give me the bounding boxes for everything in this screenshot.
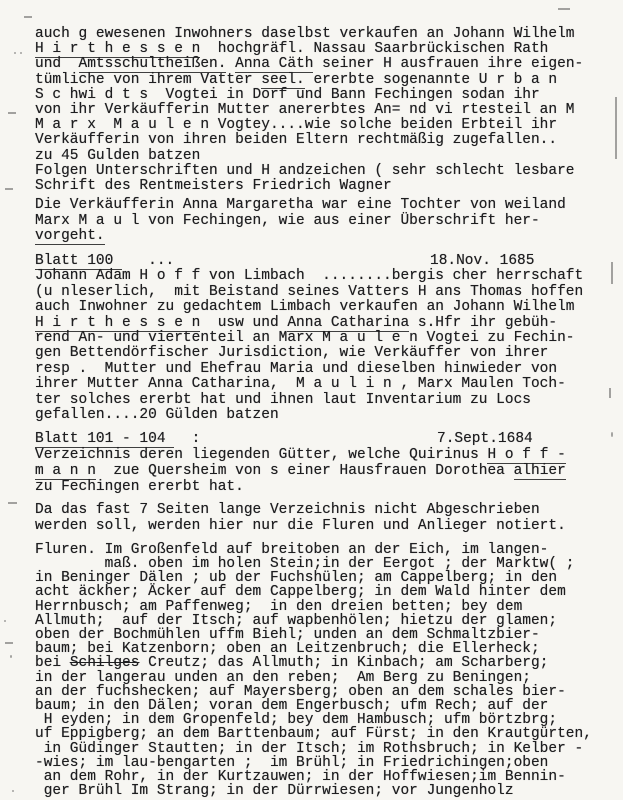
text-segment [226, 56, 235, 72]
text-segment: Da das fast 7 Seiten lange Verzeichnis n… [35, 502, 540, 518]
text-line: zu Fechingen ererbt hat. [35, 480, 623, 496]
text-line: bei Schilges Creutz; das Allmuth; in Kin… [35, 656, 623, 670]
text-segment: von ihr Verkäufferin Mutter anererbtes A… [35, 102, 575, 118]
text-segment: zu 45 Gulden batzen [35, 148, 200, 164]
scan-artifact [615, 97, 617, 159]
scan-artifact [10, 655, 12, 658]
text-segment: werden soll, werden hier nur die Fluren … [35, 518, 566, 534]
text-segment: ihrer Mutter Anna Catharina, M a u l i n… [35, 376, 566, 392]
scan-artifact [24, 16, 32, 18]
text-segment: auch g ewesenen Inwohners daselbst verka… [35, 26, 575, 42]
text-segment: seiner H ausfrauen ihre eigen- [313, 56, 583, 72]
underlined-text: alhier [514, 463, 566, 480]
text-line: ter solches ererbt hat und ihnen laut In… [35, 393, 623, 408]
text-line: Folgen Unterschriften und H andzeichen (… [35, 164, 623, 179]
text-line: werden soll, werden hier nur die Fluren … [35, 519, 623, 535]
text-segment: ger Brühl Im Strang; in der Dürrwiesen; … [35, 783, 514, 799]
paragraph-fluren-list: Fluren. Im Großenfeld auf breitoben an d… [35, 543, 623, 799]
text-segment: ... [122, 253, 174, 269]
text-segment: usw und [200, 315, 287, 331]
underlined-text: H o f f - [487, 447, 565, 464]
scan-artifact [611, 262, 613, 284]
text-line: Die Verkäufferin Anna Margaretha war ein… [35, 198, 623, 214]
text-line: von ihr Verkäufferin Mutter anererbtes A… [35, 103, 623, 118]
text-line: und Amtsschultheißen. Anna Cäth seiner H… [35, 57, 623, 72]
text-segment: Schrift des Rentmeisters Friedrich Wagne… [35, 178, 392, 194]
scan-artifact [20, 52, 22, 54]
scan-artifact [609, 388, 611, 398]
text-segment: Johann Adam H o f f von Limbach ........… [35, 268, 583, 284]
paragraph-sale-hirthessen: auch g ewesenen Inwohners daselbst verka… [35, 27, 623, 194]
text-line: resp . Mutter und Ehefrau Maria und dies… [35, 362, 623, 377]
text-line: in Güdinger Stautten; in der Itsch; im R… [35, 742, 623, 756]
text-line: S c hwi d t s Vogtei in Dorf und Bann Fe… [35, 88, 623, 103]
text-segment: M a r x M a u l e n Vogtey....wie solche… [35, 117, 557, 133]
text-line: Da das fast 7 Seiten lange Verzeichnis n… [35, 503, 623, 519]
text-segment: s.Hfr ihr gebüh- [409, 315, 557, 331]
text-segment: tümliche von ihrem Vatter [35, 72, 261, 88]
text-line: Fluren. Im Großenfeld auf breitoben an d… [35, 543, 623, 557]
text-line: Verkäufferin von ihren beiden Eltern rec… [35, 133, 623, 148]
scan-artifact [558, 8, 570, 10]
text-segment: Verzeichnis deren liegenden Gütter, welc… [35, 447, 487, 463]
text-line: Johann Adam H o f f von Limbach ........… [35, 269, 623, 284]
text-line: uf Eppigberg; an dem Barttenbaum; auf Fü… [35, 727, 623, 741]
entry-date: 7.Sept.1684 [437, 432, 533, 448]
text-segment: Folgen Unterschriften und H andzeichen (… [35, 163, 575, 179]
text-segment: gen Bettendörfischer Jurisdiction, wie V… [35, 345, 548, 361]
text-segment: rend An- und viertenteil an Marx M a u l… [35, 330, 575, 346]
text-segment: auch Inwohner zu gedachtem Limbach verka… [35, 299, 575, 315]
text-line: ger Brühl Im Strang; in der Dürrwiesen; … [35, 784, 623, 798]
scan-artifact [611, 432, 613, 437]
text-line: gefallen....20 Gülden batzen [35, 408, 623, 423]
text-segment: resp . Mutter und Ehefrau Maria und dies… [35, 361, 557, 377]
scan-artifact [12, 790, 14, 792]
scan-artifact [4, 620, 6, 622]
underlined-text: Blatt 101 - 104 [35, 431, 174, 448]
text-segment: zue Quersheim von s einer Hausfrauen Dor… [96, 463, 514, 479]
document-page: auch g ewesenen Inwohners daselbst verka… [0, 0, 623, 800]
text-line: gen Bettendörfischer Jurisdiction, wie V… [35, 346, 623, 361]
text-line: Herrnbusch; am Paffenweg; in den dreien … [35, 600, 623, 614]
text-line: zu 45 Gulden batzen [35, 149, 623, 164]
text-segment: Verkäufferin von ihren beiden Eltern rec… [35, 132, 557, 148]
paragraph-verkaeufferin-note: Die Verkäufferin Anna Margaretha war ein… [35, 198, 623, 245]
text-line: H i r t h e s s e n usw und Anna Cathari… [35, 316, 623, 331]
underlined-text: vorgeht. [35, 228, 105, 245]
text-line: auch Inwohner zu gedachtem Limbach verka… [35, 300, 623, 315]
text-line: Schrift des Rentmeisters Friedrich Wagne… [35, 179, 623, 194]
text-line: acht äckher; Äcker auf dem Cappelberg; i… [35, 585, 623, 599]
text-line: m a n n zue Quersheim von s einer Hausfr… [35, 464, 623, 480]
scan-artifact [14, 52, 16, 54]
text-line: Allmuth; auf der Itsch; auf wapbenhölen;… [35, 614, 623, 628]
scan-artifact [5, 642, 13, 644]
text-line: in der langerau unden an den reben; Am B… [35, 671, 623, 685]
text-line: ihrer Mutter Anna Catharina, M a u l i n… [35, 377, 623, 392]
entry-blatt-100: Blatt 100 ...18.Nov. 1685Johann Adam H o… [35, 254, 623, 423]
text-segment: : [174, 431, 200, 447]
text-line: (u nleserlich, mit Beistand seines Vatte… [35, 285, 623, 300]
text-line: Verzeichnis deren liegenden Gütter, welc… [35, 448, 623, 464]
text-line: an der fuchshecken; auf Mayersberg; oben… [35, 685, 623, 699]
text-line: auch g ewesenen Inwohners daselbst verka… [35, 27, 623, 42]
text-line: vorgeht. [35, 229, 623, 245]
text-line: Blatt 101 - 104 :7.Sept.1684 [35, 432, 623, 448]
underlined-text: m a n n [35, 463, 96, 480]
text-segment: ererbte sogenannte U r b a n [305, 72, 557, 88]
text-segment: zu Fechingen ererbt hat. [35, 479, 244, 495]
text-segment: ter solches ererbt hat und ihnen laut In… [35, 392, 531, 408]
text-segment: Die Verkäufferin Anna Margaretha war ein… [35, 197, 566, 213]
paragraph-verzeichnis-note: Da das fast 7 Seiten lange Verzeichnis n… [35, 503, 623, 534]
text-line: -wies; im lau-bengarten ; im Brühl; in F… [35, 756, 623, 770]
text-segment: und [35, 56, 79, 72]
entry-blatt-101-104: Blatt 101 - 104 :7.Sept.1684Verzeichnis … [35, 432, 623, 495]
text-segment: S c hwi d t s Vogtei in Dorf und Bann Fe… [35, 87, 540, 103]
text-segment: Marx M a u l von Fechingen, wie aus eine… [35, 213, 540, 229]
scan-artifact [8, 502, 17, 504]
text-segment: hochgräfl. Nassau Saarbrückischen Rath [200, 41, 548, 57]
text-segment: gefallen....20 Gülden batzen [35, 407, 279, 423]
text-line: Marx M a u l von Fechingen, wie aus eine… [35, 214, 623, 230]
scan-artifact [5, 188, 13, 190]
text-line: tümliche von ihrem Vatter seel. ererbte … [35, 73, 623, 88]
scan-artifact [8, 112, 16, 114]
text-segment: (u nleserlich, mit Beistand seines Vatte… [35, 284, 583, 300]
